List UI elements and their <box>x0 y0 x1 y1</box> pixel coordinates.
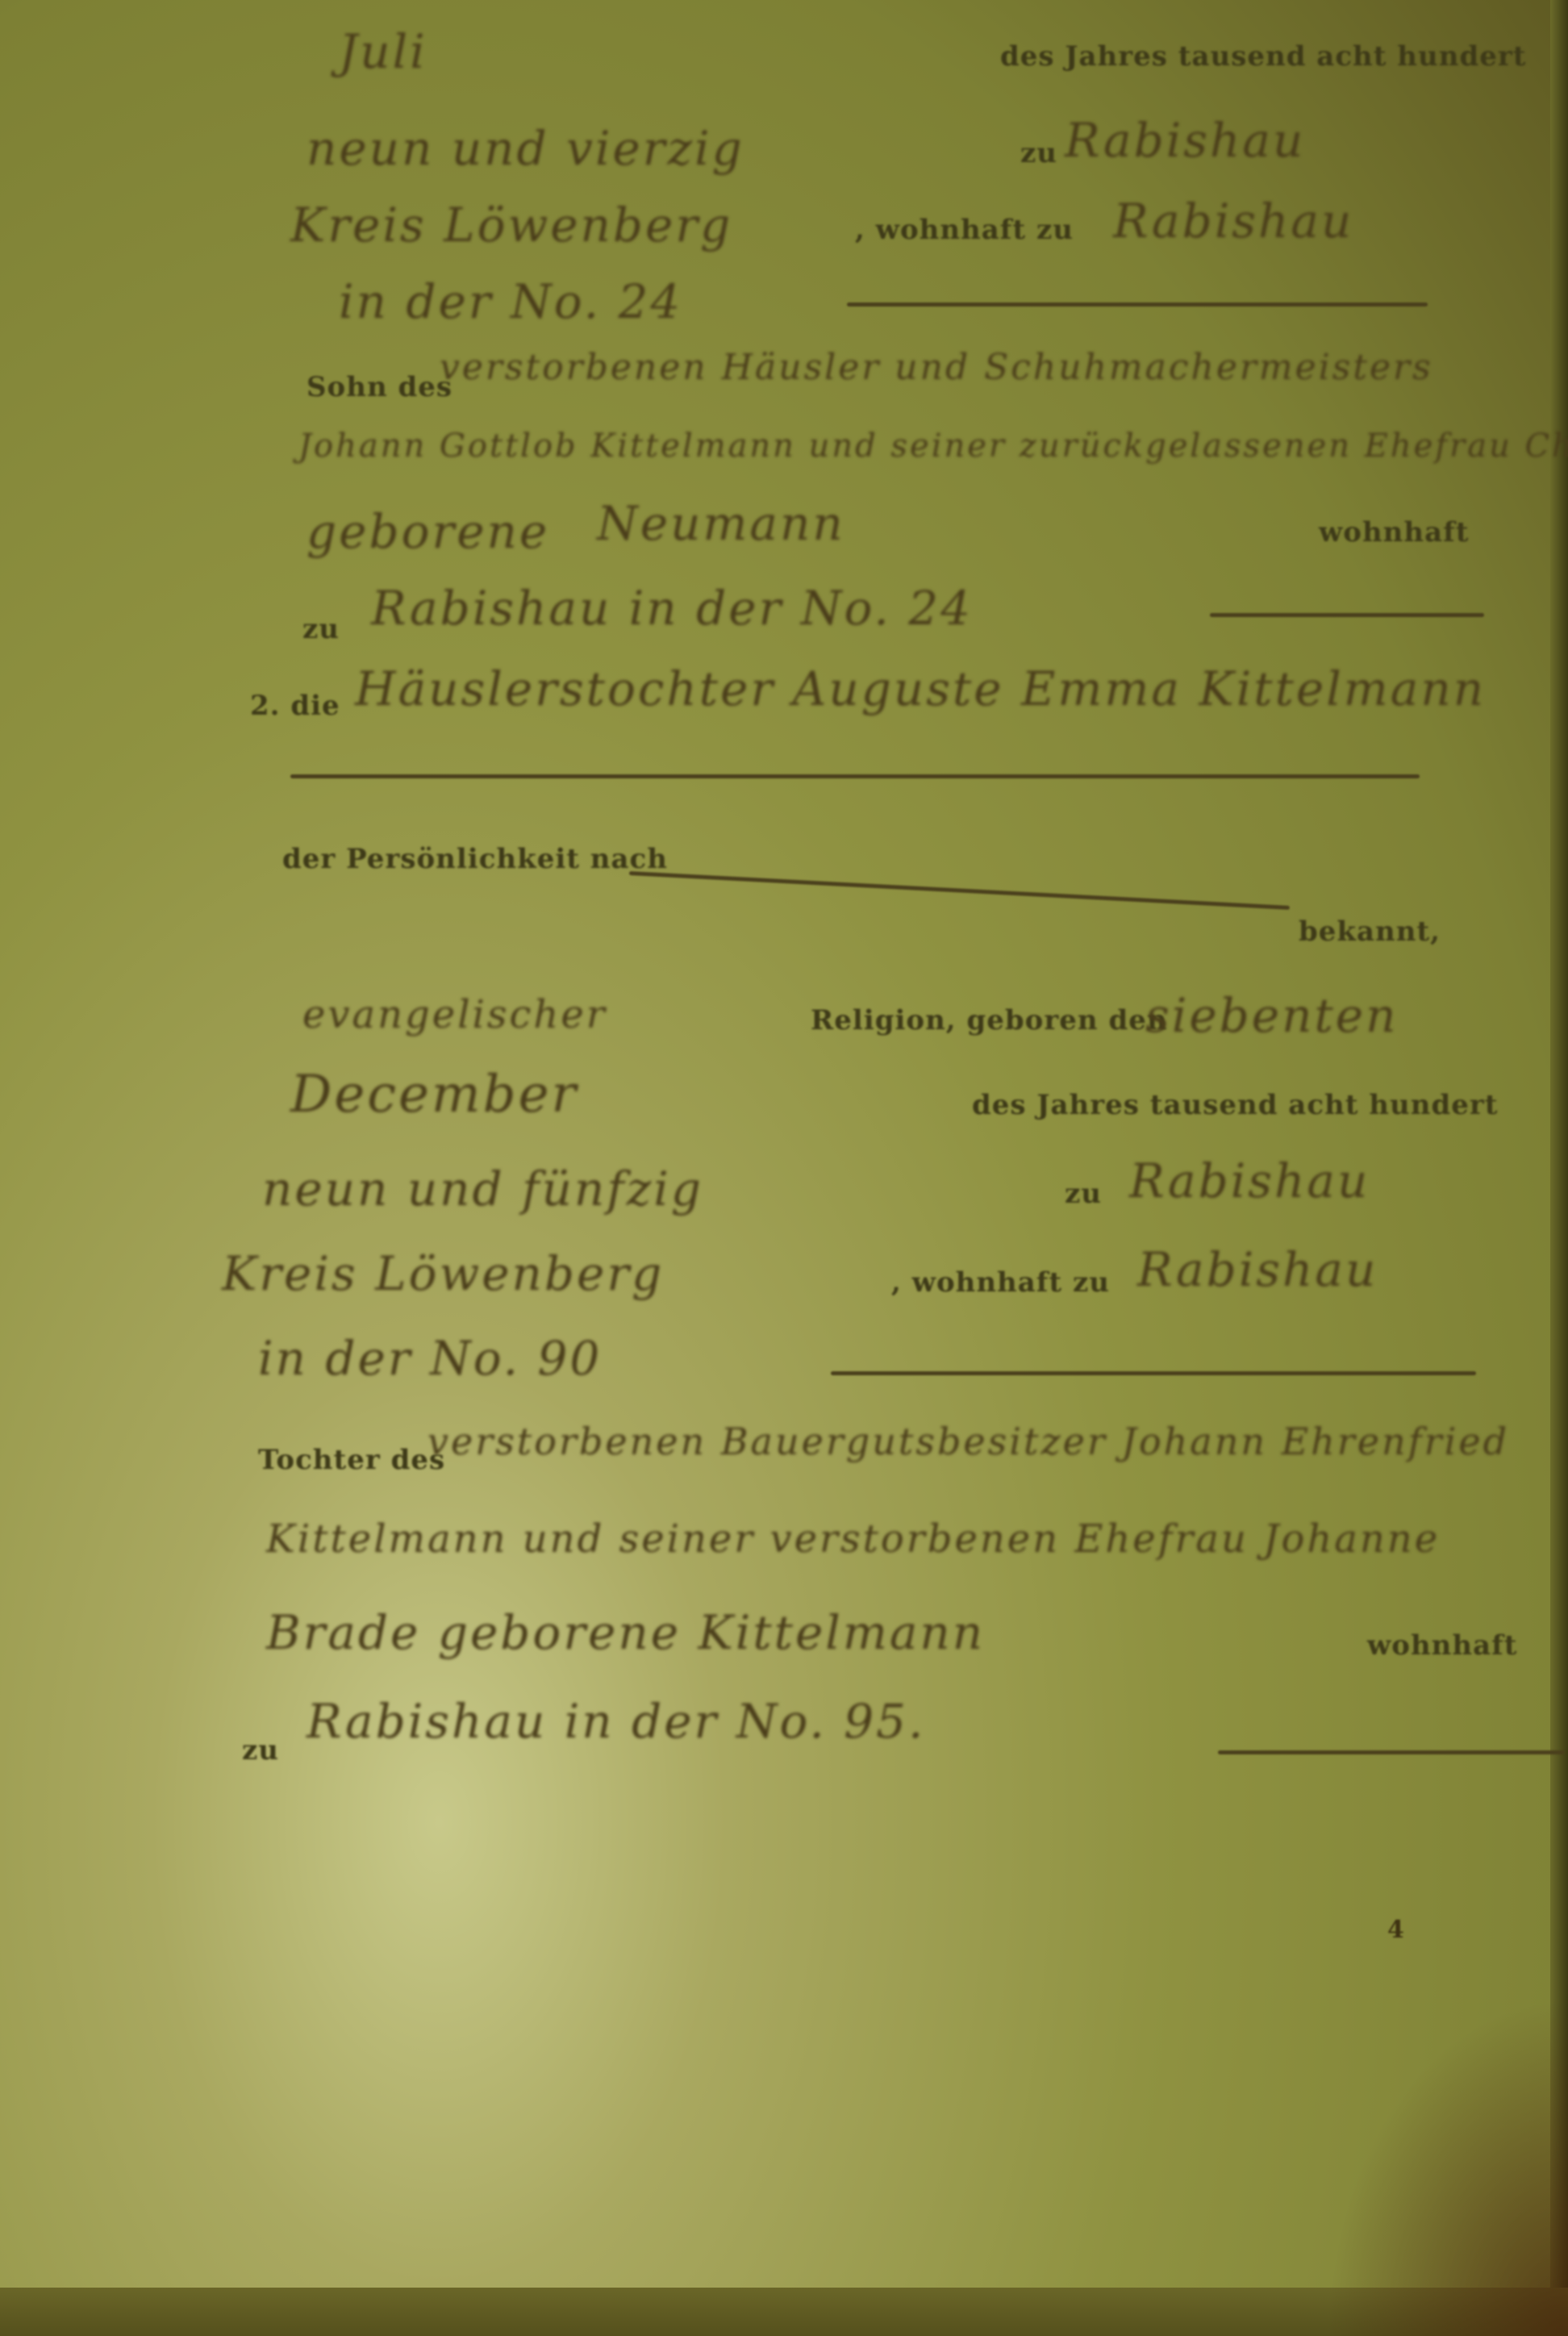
print-label: der Persönlichkeit nach <box>282 843 668 875</box>
print-label: zu <box>302 613 340 645</box>
fill-rule <box>290 774 1420 778</box>
hand-entry: Neumann <box>597 496 845 551</box>
page-edge-right <box>1550 0 1568 2336</box>
shadow-corner <box>1326 1997 1568 2336</box>
document-page: Juli des Jahres tausend acht hundert neu… <box>0 0 1568 2336</box>
print-label: wohnhaft <box>1367 1629 1517 1662</box>
hand-entry: verstorbenen Häusler und Schuhmachermeis… <box>440 347 1433 388</box>
hand-entry: Kreis Löwenberg <box>290 198 732 252</box>
hand-entry: siebenten <box>1145 988 1398 1043</box>
hand-entry: in der No. 90 <box>258 1331 602 1386</box>
print-label: , wohnhaft zu <box>891 1266 1110 1299</box>
print-label: Religion, geboren den <box>811 1004 1168 1037</box>
hand-entry: Rabishau <box>1113 194 1353 248</box>
hand-entry: Rabishau <box>1137 1242 1378 1297</box>
fill-rule <box>831 1371 1476 1375</box>
print-label: , wohnhaft zu <box>855 214 1074 246</box>
hand-entry: Rabishau <box>1065 113 1305 168</box>
print-label: zu <box>1065 1178 1102 1210</box>
hand-entry: Juli <box>339 24 427 79</box>
print-label: Sohn des <box>307 371 452 403</box>
hand-entry: Häuslerstochter Auguste Emma Kittelmann <box>355 661 1486 716</box>
print-label: zu <box>242 1734 279 1767</box>
hand-entry: Kreis Löwenberg <box>222 1246 664 1301</box>
hand-entry: Brade geborene Kittelmann <box>266 1605 985 1660</box>
hand-entry: Kittelmann und seiner verstorbenen Ehefr… <box>266 1516 1440 1562</box>
hand-entry: Johann Gottlob Kittelmann und seiner zur… <box>298 428 1568 465</box>
page-number: 4 <box>1387 1916 1404 1944</box>
hand-entry: December <box>290 1065 578 1124</box>
print-label: wohnhaft <box>1319 516 1469 549</box>
hand-entry: neun und fünfzig <box>262 1162 703 1216</box>
strike-rule <box>629 871 1290 910</box>
hand-entry: geborene <box>307 504 549 559</box>
print-label: Tochter des <box>258 1444 445 1476</box>
fill-rule <box>1210 613 1484 617</box>
hand-entry: in der No. 24 <box>339 274 682 329</box>
hand-entry: neun und vierzig <box>307 121 744 176</box>
hand-entry: evangelischer <box>302 992 607 1037</box>
hand-entry: Rabishau in der No. 95. <box>307 1694 925 1749</box>
hand-entry: verstorbenen Bauergutsbesitzer Johann Eh… <box>427 1420 1509 1463</box>
hand-entry: Rabishau <box>1129 1153 1370 1208</box>
print-label: 2. die <box>250 690 340 722</box>
hand-entry: Rabishau in der No. 24 <box>371 581 973 636</box>
print-label: bekannt, <box>1299 916 1441 948</box>
fill-rule <box>1218 1750 1565 1754</box>
fill-rule <box>847 302 1428 307</box>
print-label: des Jahres tausend acht hundert <box>972 1089 1498 1121</box>
print-label: zu <box>1020 137 1057 169</box>
print-label: des Jahres tausend acht hundert <box>1000 40 1526 73</box>
